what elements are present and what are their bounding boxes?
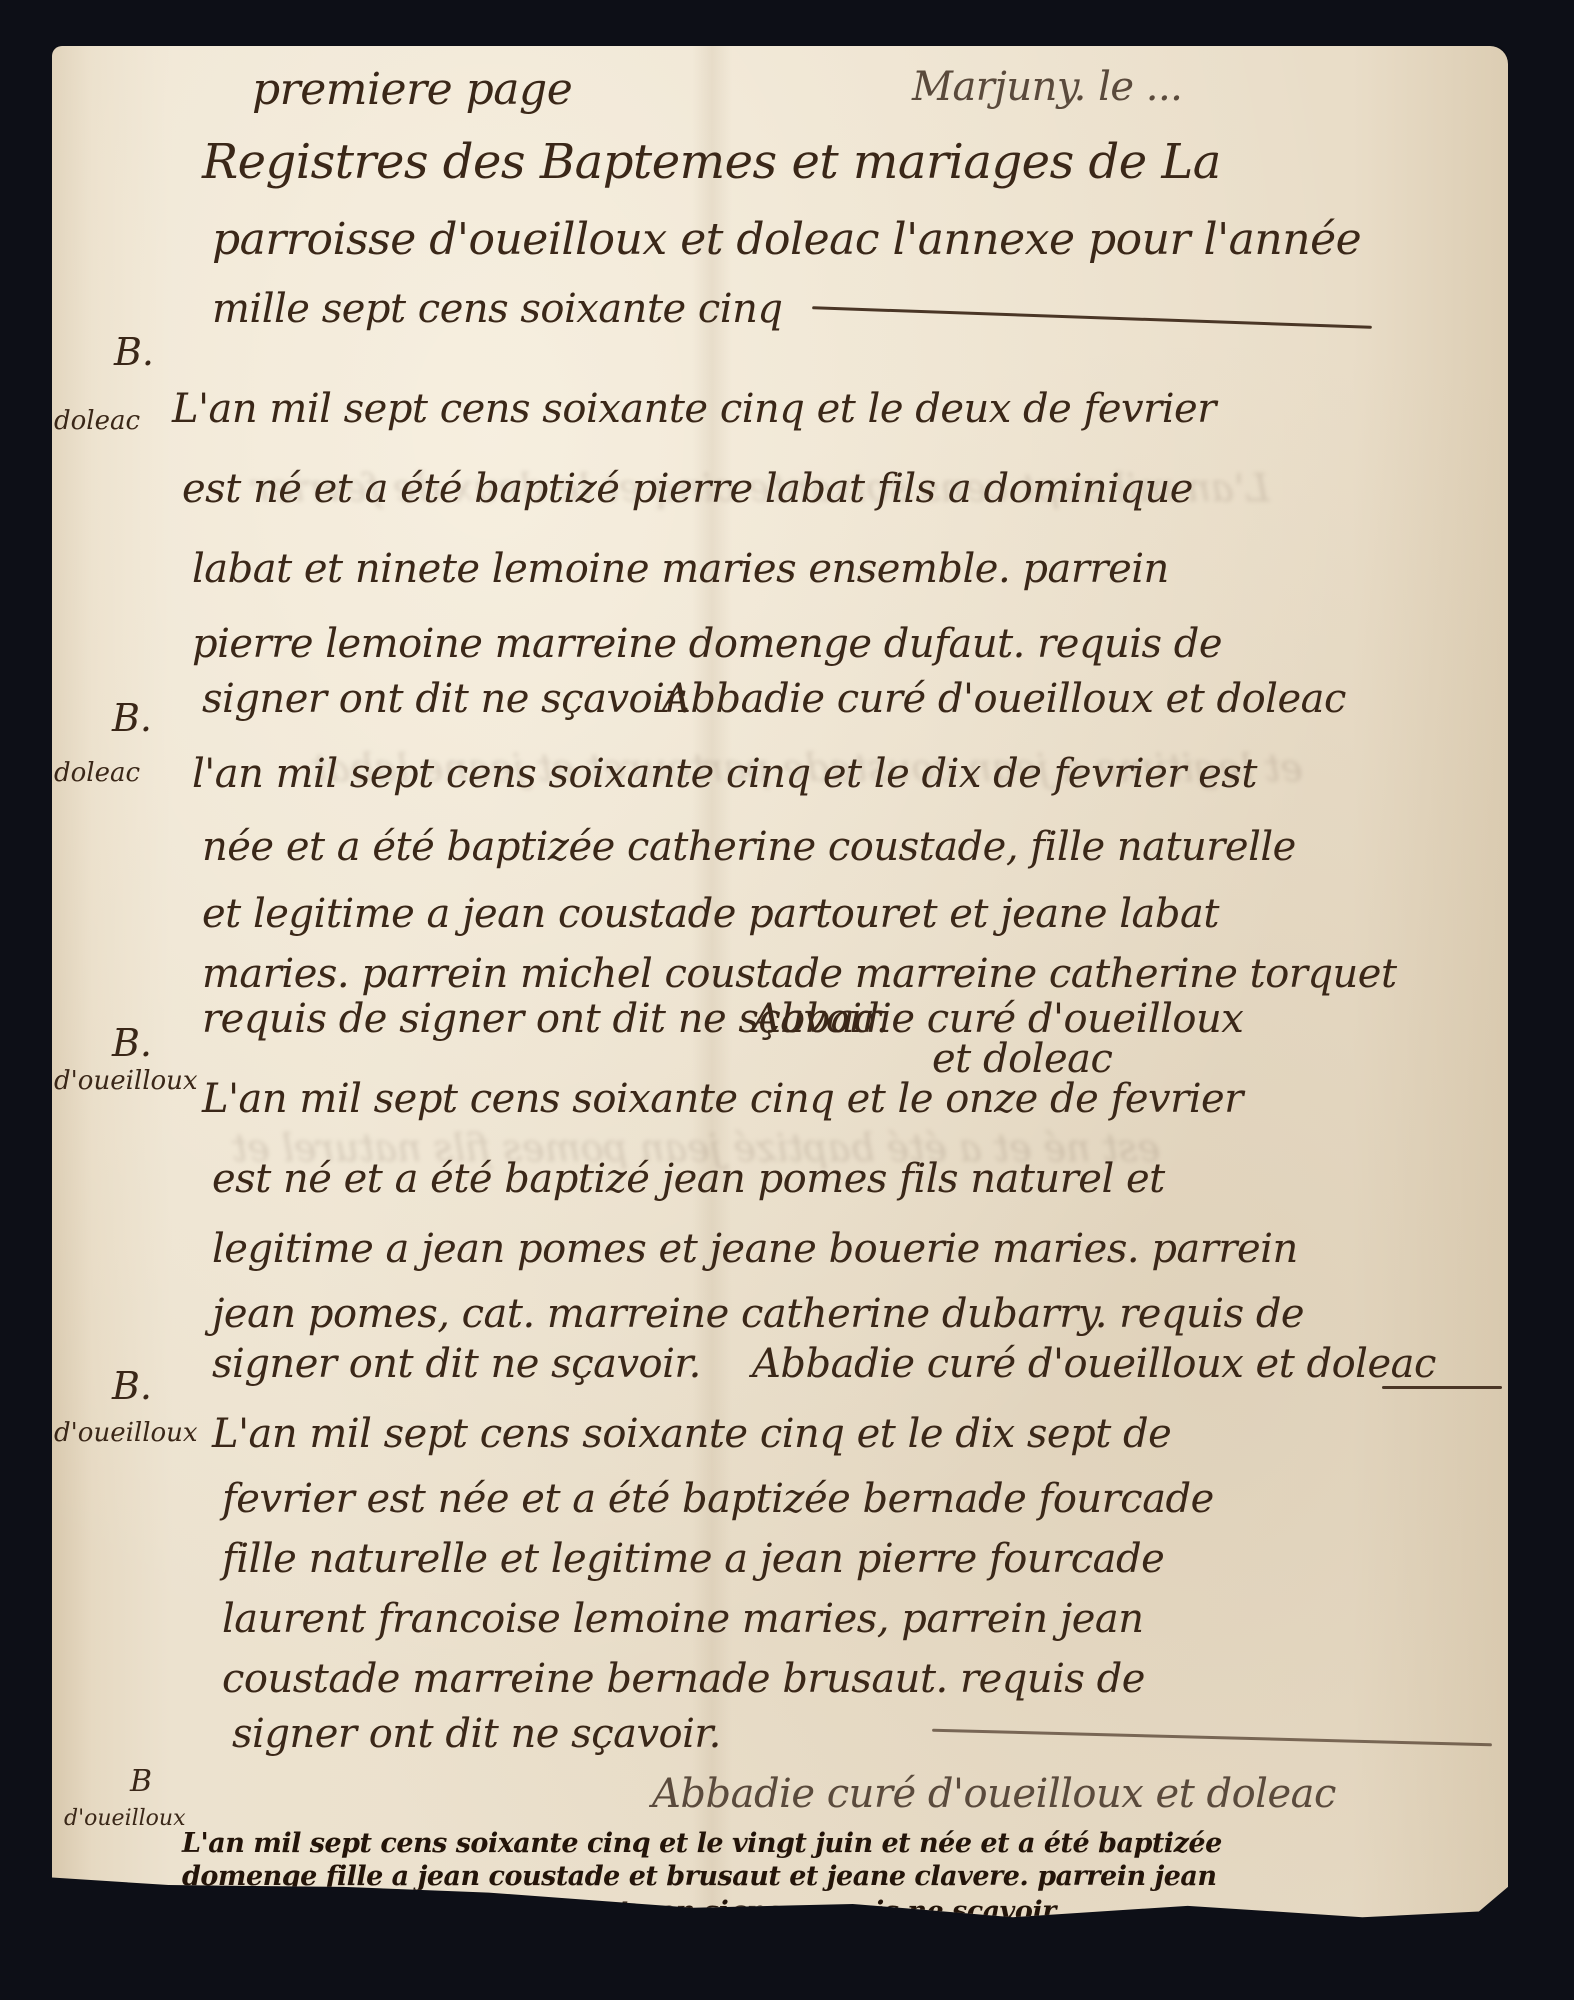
entry-3-signature: Abbadie curé d'oueilloux et doleac bbox=[752, 1341, 1436, 1387]
entry-4-line-1: L'an mil sept cens soixante cinq et le d… bbox=[212, 1411, 1171, 1457]
entry-2-line-4: maries. parrein michel coustade marreine… bbox=[202, 951, 1397, 997]
entry-1-line-2: est né et a été baptizé pierre labat fil… bbox=[182, 466, 1193, 512]
page-label: premiere page bbox=[252, 64, 572, 115]
entry-2-line-2: née et a été baptizée catherine coustade… bbox=[202, 824, 1296, 870]
entry-1-line-1: L'an mil sept cens soixante cinq et le d… bbox=[172, 386, 1216, 432]
entry-4-line-3: fille naturelle et legitime a jean pierr… bbox=[222, 1536, 1164, 1582]
register-title-line-2: parroisse d'oueilloux et doleac l'annexe… bbox=[212, 214, 1361, 265]
manuscript-page: L'an mil sept cens soixante cinq et le d… bbox=[52, 46, 1508, 1938]
entry-3-line-4: jean pomes, cat. marreine catherine duba… bbox=[212, 1291, 1304, 1337]
margin-baptism-mark: B bbox=[130, 1764, 152, 1799]
entry-5-line-3: brusaut et domenge brusaut non signes re… bbox=[212, 1896, 1056, 1927]
entry-1-signature: Abbadie curé d'oueilloux et doleac bbox=[662, 676, 1346, 722]
entry-5-signature: Abbadie curé d'oueilloux et doleac bbox=[732, 1926, 1237, 1957]
entry-4-signature: Abbadie curé d'oueilloux et doleac bbox=[652, 1771, 1336, 1817]
entry-1-line-4: pierre lemoine marreine domenge dufaut. … bbox=[192, 621, 1222, 667]
entry-5-line-1: L'an mil sept cens soixante cinq et le v… bbox=[182, 1828, 1222, 1859]
margin-place-label: d'oueilloux bbox=[64, 1806, 186, 1831]
margin-place-label: doleac bbox=[54, 758, 140, 788]
register-title-line-3: mille sept cens soixante cinq bbox=[212, 286, 782, 332]
entry-2-line-1: l'an mil sept cens soixante cinq et le d… bbox=[192, 751, 1257, 797]
entry-3-line-3: legitime a jean pomes et jeane bouerie m… bbox=[212, 1226, 1298, 1272]
signature-flourish bbox=[1382, 1386, 1502, 1389]
title-underline-flourish bbox=[812, 306, 1372, 329]
entry-5-line-2: domenge fille a jean coustade et brusaut… bbox=[182, 1861, 1217, 1892]
entry-3-line-1: L'an mil sept cens soixante cinq et le o… bbox=[202, 1076, 1243, 1122]
entry-4-line-2: fevrier est née et a été baptizée bernad… bbox=[222, 1476, 1214, 1522]
entry-4-line-6: signer ont dit ne sçavoir. bbox=[232, 1711, 721, 1757]
entry-3-line-2: est né et a été baptizé jean pomes fils … bbox=[212, 1156, 1165, 1202]
margin-place-label: d'oueilloux bbox=[54, 1418, 198, 1448]
margin-baptism-mark: B. bbox=[112, 1021, 152, 1065]
entry-4-line-4: laurent francoise lemoine maries, parrei… bbox=[222, 1596, 1144, 1642]
margin-place-label: doleac bbox=[54, 406, 140, 436]
entry-1-line-5: signer ont dit ne sçavoir. bbox=[202, 676, 691, 722]
margin-baptism-mark: B. bbox=[114, 330, 154, 374]
margin-baptism-mark: B. bbox=[112, 696, 152, 740]
entry-3-line-5: signer ont dit ne sçavoir. bbox=[212, 1341, 701, 1387]
entry-separator-flourish bbox=[932, 1729, 1492, 1747]
entry-1-line-3: labat et ninete lemoine maries ensemble.… bbox=[192, 546, 1169, 592]
entry-2-line-3: et legitime a jean coustade partouret et… bbox=[202, 891, 1219, 937]
entry-4-line-5: coustade marreine bernade brusaut. requi… bbox=[222, 1656, 1145, 1702]
margin-place-label: d'oueilloux bbox=[54, 1066, 198, 1096]
top-right-annotation: Marjuny. le ... bbox=[912, 64, 1182, 110]
margin-baptism-mark: B. bbox=[112, 1364, 152, 1408]
register-title-line-1: Registres des Baptemes et mariages de La bbox=[202, 134, 1221, 190]
